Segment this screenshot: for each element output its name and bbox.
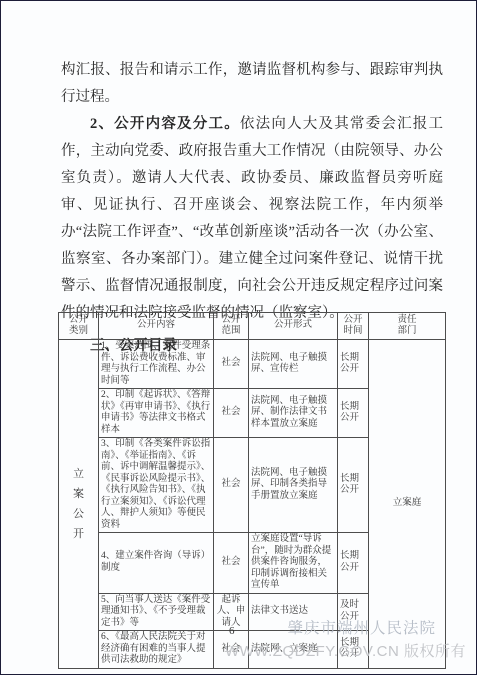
form-cell: 法院网、电子触摸屏、印制各类指导手册置放立案庭 <box>249 438 338 533</box>
time-cell: 长期公开 <box>338 438 369 533</box>
header-category: 公开 类别 <box>59 313 99 340</box>
content-cell: 3、印制《各类案件诉讼指南》、《举证指南》、《诉前、诉中调解温馨提示》、《民事诉… <box>99 438 214 533</box>
paragraph-continuation: 构汇报、报告和请示工作，邀请监督机构参与、跟踪审判执行过程。 <box>61 57 443 111</box>
category-cell: 立案公开 <box>59 340 99 669</box>
time-cell: 长期公开 <box>338 389 369 438</box>
document-page: 构汇报、报告和请示工作，邀请监督机构参与、跟踪审判执行过程。 2、公开内容及分工… <box>0 0 477 675</box>
scope-cell: 社会 <box>214 340 249 389</box>
content-cell: 4、建立案件咨询（导诉）制度 <box>99 533 214 594</box>
content-cell: 1、受案范围、案件受理条件、诉讼费收费标准、审理与执行工作流程、办公时间等 <box>99 340 214 389</box>
form-cell: 法院网、电子触摸屏、宣传栏 <box>249 340 338 389</box>
scope-cell: 社会 <box>214 438 249 533</box>
category-label: 立案公开 <box>73 464 84 544</box>
time-cell: 长期公开 <box>338 340 369 389</box>
header-scope: 公开 范围 <box>214 313 249 340</box>
header-department: 责任 部门 <box>369 313 446 340</box>
header-content: 公开内容 <box>99 313 214 340</box>
scope-cell: 社会 <box>214 533 249 594</box>
paragraph-2-lead: 2、公开内容及分工。 <box>90 116 240 132</box>
time-cell: 长期公开 <box>338 533 369 594</box>
paragraph-2-body: 依法向人大及其常委会汇报工作，主动向党委、政府报告重大工作情况（由院领导、办公室… <box>61 116 443 321</box>
table-row: 立案公开 1、受案范围、案件受理条件、诉讼费收费标准、审理与执行工作流程、办公时… <box>59 340 446 389</box>
header-time: 公开 时间 <box>338 313 369 340</box>
header-form: 公开形式 <box>249 313 338 340</box>
watermark-court-name: 肇庆市端州人民法院 <box>287 616 436 638</box>
content-cell: 2、印制《起诉状》、《答辩状》《再审申请书》、《执行申请书》等法律文书格式样本 <box>99 389 214 438</box>
scope-cell: 社会 <box>214 389 249 438</box>
form-cell: 立案庭设置“导诉台”，随时为群众提供案件咨询服务，印制诉调衔接相关宣传单 <box>249 533 338 594</box>
table-header-row: 公开 类别 公开内容 公开 范围 公开形式 公开 时间 责任 部门 <box>59 313 446 340</box>
page-number: 6 <box>229 625 235 637</box>
content-cell: 5、向当事人送达《案件受理通知书》、《不予受理裁定书》等 <box>99 593 214 631</box>
paragraph-2: 2、公开内容及分工。依法向人大及其常委会汇报工作，主动向党委、政府报告重大工作情… <box>61 111 443 327</box>
form-cell: 法院网、电子触摸屏、制作法律文书样本置放立案庭 <box>249 389 338 438</box>
content-cell: 6、《最高人民法院关于对经济确有困难的当事人提供司法救助的规定》 <box>99 631 214 669</box>
watermark-copyright: WWW.ZQDZFY.GOV.CN 版权所有 <box>225 640 466 661</box>
